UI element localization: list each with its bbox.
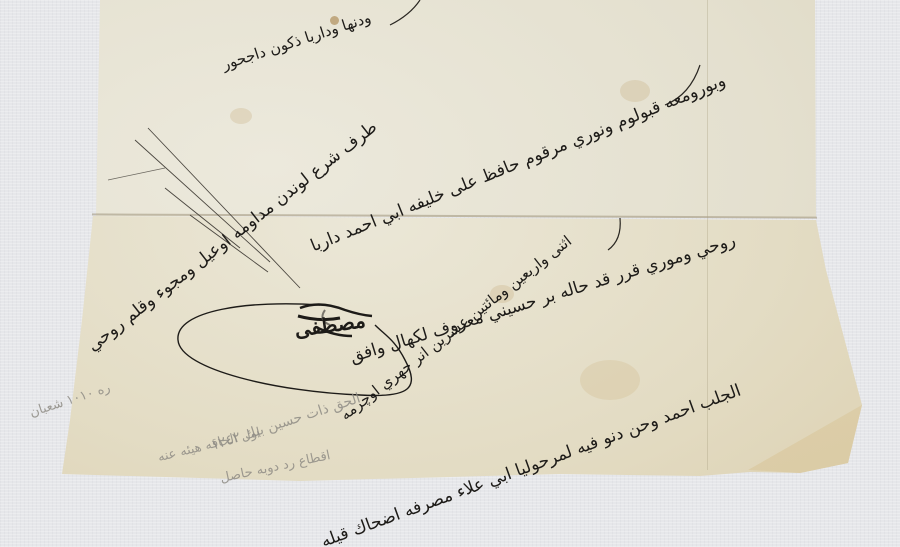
ink-strokes-layer [0,0,900,547]
photo-background: ودنها وداربا ذكون داجحور وبورومعه قبولوم… [0,0,900,547]
